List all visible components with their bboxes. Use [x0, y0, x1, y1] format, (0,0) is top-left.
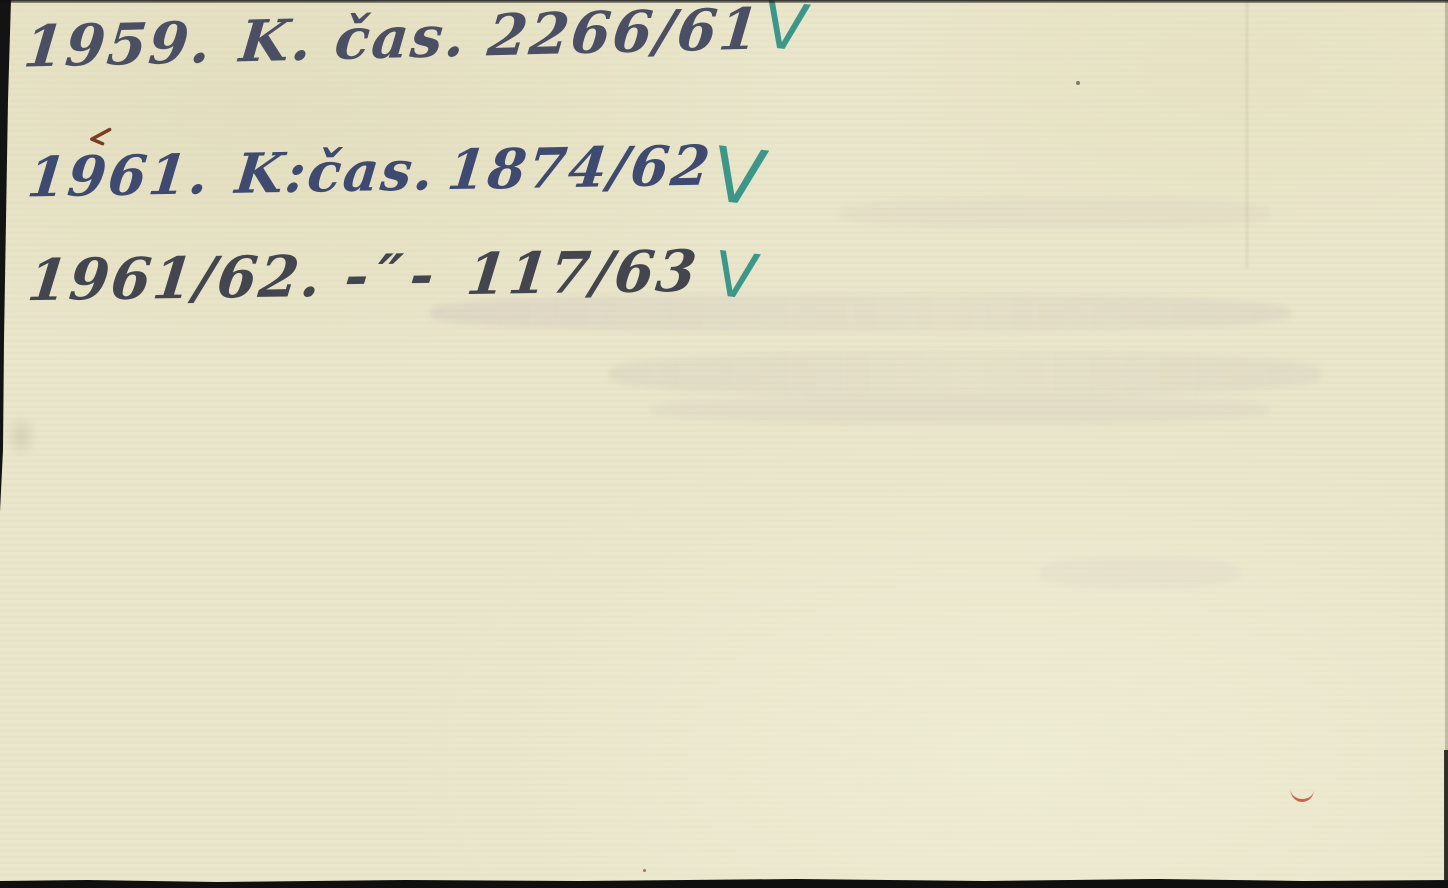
paper-speck [643, 869, 646, 872]
checkmark-icon: V [713, 129, 767, 224]
paper-crease [1246, 0, 1248, 268]
paper-speck [1076, 81, 1080, 85]
entry-3-year: 1961/62. [24, 243, 326, 314]
bleedthrough-smudge [1040, 558, 1240, 588]
scanned-index-card: 1959. K. čas. 2266/61 V 1961. K:čas. 187… [0, 0, 1448, 888]
bleedthrough-smudge [610, 352, 1320, 396]
entry-1-label: K. čas. [236, 3, 469, 76]
entry-2-label: K:čas. [233, 137, 439, 206]
red-curve-mark [1290, 789, 1314, 803]
card-entry-2: 1961. K:čas. 1874/62 V [27, 132, 768, 234]
entry-1-year: 1959. [21, 9, 216, 81]
scan-edge-right [1444, 750, 1448, 880]
card-entry-1: 1959. K. čas. 2266/61 V [23, 0, 810, 88]
entry-3-number: 117/63 [464, 238, 702, 308]
scan-edge-bottom [0, 877, 1448, 888]
scan-edge-left [0, 0, 12, 515]
red-accent-mark-icon [84, 126, 115, 154]
entry-3-ditto-mark: -″- [341, 241, 445, 309]
bleedthrough-smudge [650, 396, 1270, 424]
card-entry-3: 1961/62. -″- 117/63 V [28, 237, 760, 320]
entry-2-year: 1961. [24, 141, 213, 209]
bleedthrough-smudge [4, 414, 38, 458]
scan-edge-top [0, 0, 1448, 3]
entry-1-number: 2266/61 [485, 0, 764, 69]
bleedthrough-smudge [840, 198, 1270, 228]
checkmark-icon: V [764, 0, 810, 67]
entry-2-number: 1874/62 [444, 132, 715, 202]
checkmark-icon: V [715, 237, 759, 315]
